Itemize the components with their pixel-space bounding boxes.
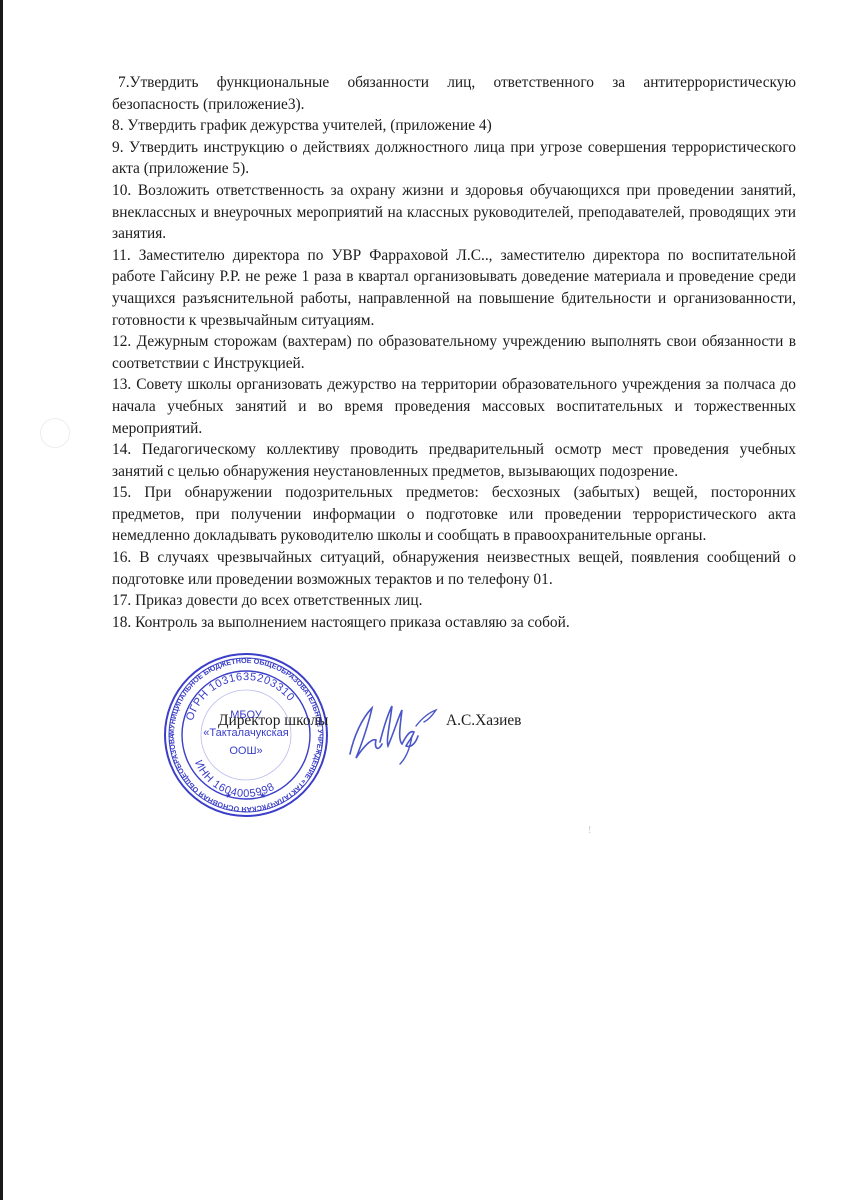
document-page: 7.Утвердить функциональные обязанности л… <box>0 0 846 1200</box>
paragraph-13: 13. Совету школы организовать дежурство … <box>112 374 796 439</box>
signatory-position: Директор школы <box>218 712 328 730</box>
svg-text:ИНН 1604005998: ИНН 1604005998 <box>192 758 277 800</box>
scan-artifact-mark: ǃ <box>588 825 592 837</box>
svg-text:МБОУ: МБОУ <box>230 709 263 721</box>
paragraph-16: 16. В случаях чрезвычайных ситуаций, обн… <box>112 547 796 590</box>
handwritten-signature-icon <box>342 696 442 766</box>
paragraph-18: 18. Контроль за выполнением настоящего п… <box>112 612 796 634</box>
order-body: 7.Утвердить функциональные обязанности л… <box>112 72 796 633</box>
official-stamp-icon: МУНИЦИПАЛЬНОЕ БЮДЖЕТНОЕ ОБЩЕОБРАЗОВАТЕЛЬ… <box>163 652 329 818</box>
svg-text:МУНИЦИПАЛЬНОЕ БЮДЖЕТНОЕ ОБЩЕОБ: МУНИЦИПАЛЬНОЕ БЮДЖЕТНОЕ ОБЩЕОБРАЗОВАТЕЛЬ… <box>163 652 325 814</box>
paragraph-8: 8. Утвердить график дежурства учителей, … <box>112 115 796 137</box>
scan-artifact <box>40 418 70 448</box>
svg-text:★: ★ <box>259 791 266 800</box>
paragraph-17: 17. Приказ довести до всех ответственных… <box>112 590 796 612</box>
svg-text:ОГРН 1031635203310: ОГРН 1031635203310 <box>184 671 297 722</box>
svg-text:★: ★ <box>225 791 232 800</box>
paragraph-12: 12. Дежурным сторожам (вахтерам) по обра… <box>112 331 796 374</box>
paragraph-9: 9. Утвердить инструкцию о действиях долж… <box>112 137 796 180</box>
paragraph-14: 14. Педагогическому коллективу проводить… <box>112 439 796 482</box>
signatory-name: А.С.Хазиев <box>446 712 521 730</box>
paragraph-15: 15. При обнаружении подозрительных предм… <box>112 482 796 547</box>
paragraph-10: 10. Возложить ответственность за охрану … <box>112 180 796 245</box>
svg-text:«Такталачукская: «Такталачукская <box>203 727 289 739</box>
paragraph-7: 7.Утвердить функциональные обязанности л… <box>112 72 796 115</box>
scan-edge <box>0 0 3 1200</box>
paragraph-11: 11. Заместителю директора по УВР Фаррахо… <box>112 245 796 331</box>
svg-text:ООШ»: ООШ» <box>229 745 262 757</box>
